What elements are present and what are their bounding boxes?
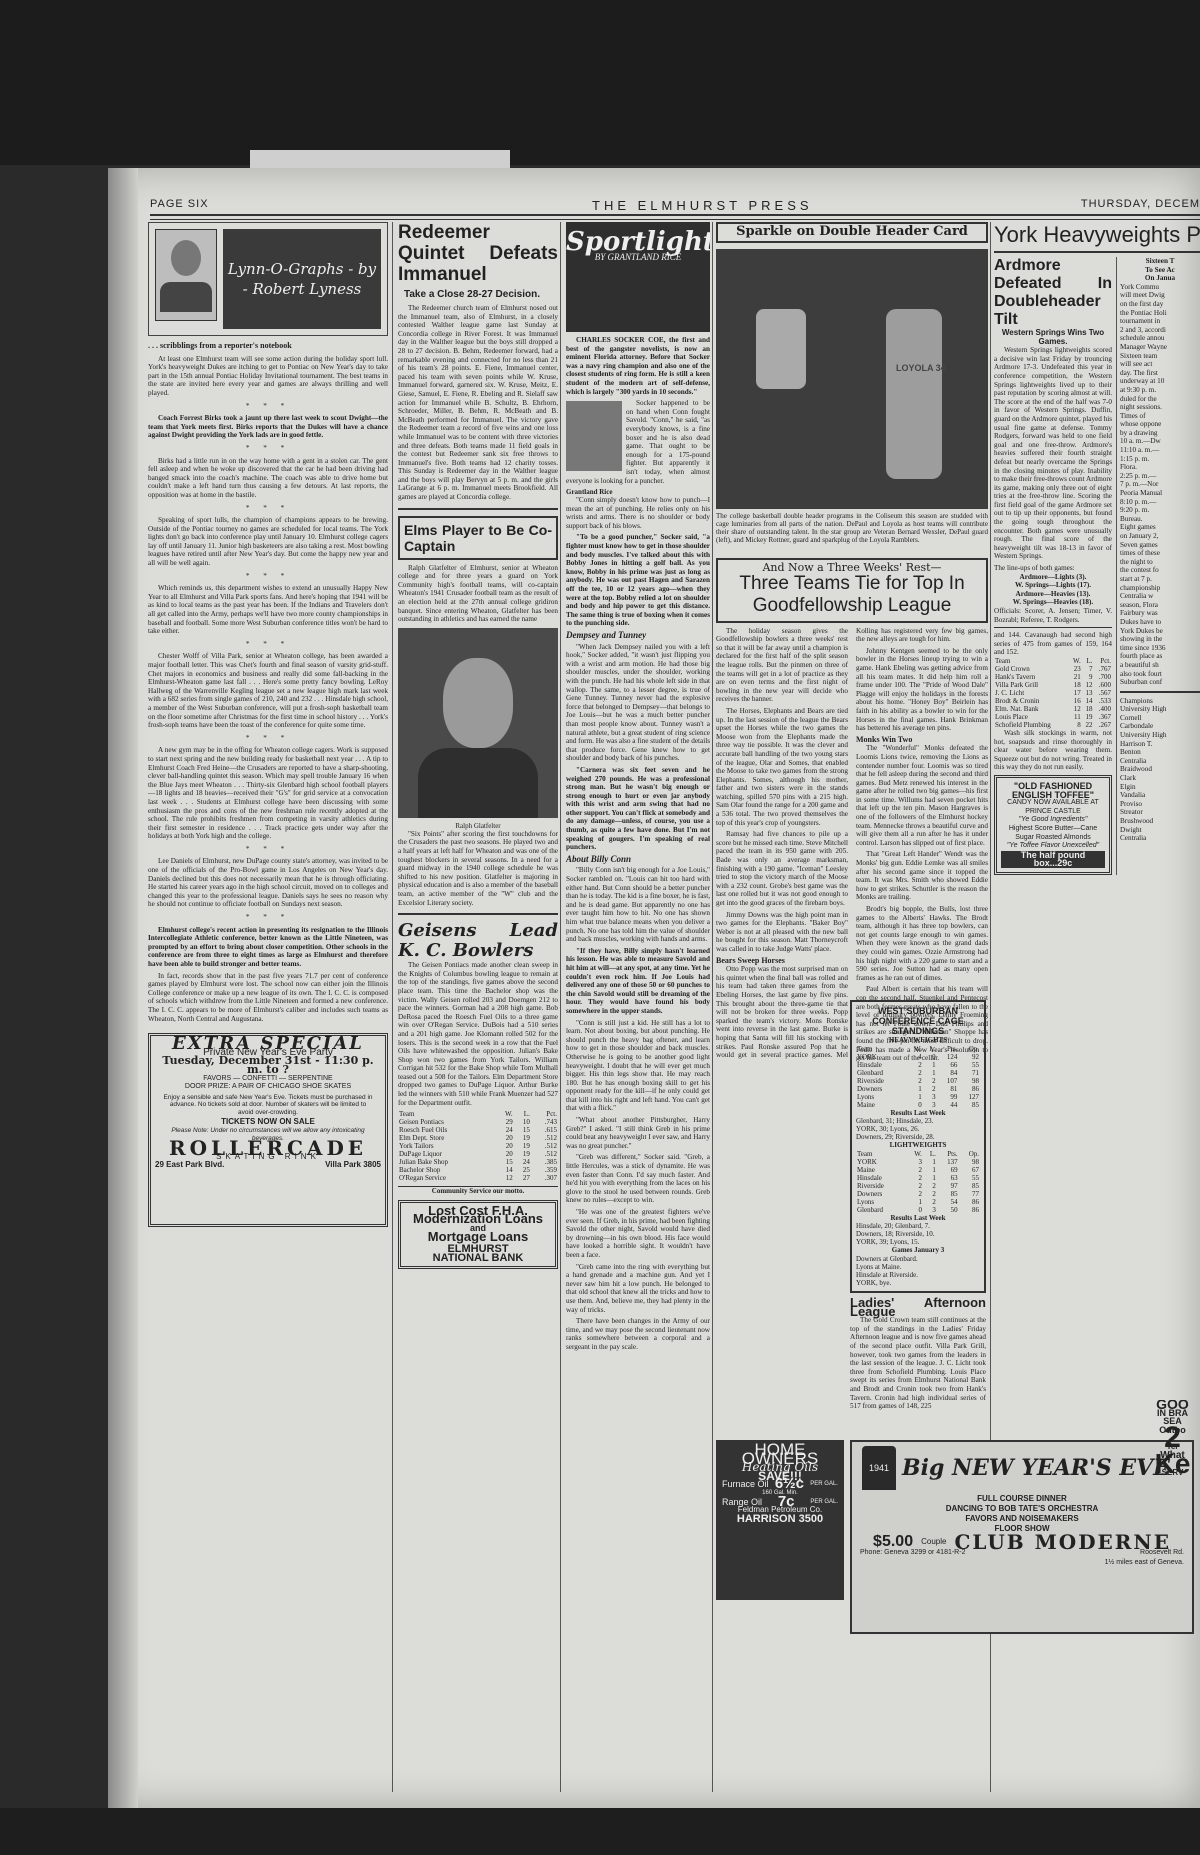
headline: Ladies' Afternoon League	[850, 1299, 986, 1316]
column-rule	[392, 222, 393, 1792]
subhead: Monks Win Two	[856, 736, 988, 745]
bank-slogan: Community Service our motto.	[398, 1186, 558, 1196]
headline: Three Teams Tie for Top In Goodfellowshi…	[722, 573, 982, 617]
article-body: Ralph Glatfelter of Elmhurst, senior at …	[398, 564, 558, 624]
top-hat-icon: 1941	[862, 1446, 896, 1490]
paragraph: Speaking of sport lulls, the champion of…	[148, 516, 388, 568]
kc-standings-table: TeamW.L.Pct. Geisen Pontiacs2910.743 Roe…	[398, 1110, 558, 1182]
subhead: Dempsey and Tunney	[566, 631, 710, 640]
club-logo: CLUB MODERNE	[954, 1538, 1171, 1547]
photo-caption: The college basketball double header pro…	[716, 512, 988, 544]
column-rule	[560, 222, 561, 1792]
paragraph: Lee Daniels of Elmhurst, new DuPage coun…	[148, 857, 388, 909]
rollercade-ad: EXTRA SPECIAL Private New Year's Eve Par…	[148, 1033, 388, 1227]
article-body: "What about another Pittsburgher, Harry …	[566, 1116, 710, 1150]
table-row: Downers128186	[856, 1085, 980, 1093]
table-row: Riverside2210798	[856, 1077, 980, 1085]
headline: Elms Player to Be Co-Captain	[404, 522, 552, 554]
paragraph: Birks had a little run in on the way hom…	[148, 457, 388, 500]
table-row: Hank's Tavern219.700	[994, 673, 1112, 681]
table-row: Elm Dept. Store2019.512	[398, 1134, 558, 1142]
dark-background-top	[0, 0, 1200, 165]
table-row: Julian Bake Shop1524.385	[398, 1158, 558, 1166]
article-body: "Conn simply doesn't know how to punch—I…	[566, 496, 710, 530]
paragraph: A new gym may be in the offing for Wheat…	[148, 746, 388, 841]
article-body: Johnny Kentgen seemed to be the only bow…	[856, 647, 988, 733]
paragraph: Chester Wolff of Villa Park, senior at W…	[148, 652, 388, 729]
club-moderne-ad: 1941 Big NEW YEAR'S EVE FULL COURSE DINN…	[850, 1440, 1194, 1634]
article-body: The "Wonderful" Monks defeated the Loomi…	[856, 744, 988, 847]
table-row: Brodt & Cronin1614.533	[994, 697, 1112, 705]
binding-spine	[108, 168, 138, 1808]
article-body: Ramsay had five chances to pile up a sco…	[716, 830, 848, 907]
tourney-article-fragment: Sixteen T To See Ac On Janua York Commu …	[1116, 257, 1200, 875]
deck: Western Springs Wins Two Games.	[994, 329, 1112, 346]
sportlight-logo: Sportlight BY GRANTLAND RICE	[566, 222, 710, 332]
table-row: DuPage Liquor2019.512	[398, 1150, 558, 1158]
article-body: "Conn is still just a kid. He still has …	[566, 1019, 710, 1114]
photo-caption: Grantland Rice	[566, 488, 710, 496]
paragraph: At least one Elmhurst team will see some…	[148, 355, 388, 398]
jersey-number: LOYOLA 34	[896, 364, 946, 373]
kicker: . . . scribblings from a reporter's note…	[148, 342, 388, 351]
article-body: CHARLES SOCKER COE, the first and best o…	[566, 336, 710, 396]
basketball-photo: LOYOLA 34	[716, 249, 988, 509]
standings-column: WEST SUBURBAN CONFERENCE CAGE STANDINGS …	[850, 1000, 986, 1440]
article-body: "Billy Conn isn't big enough for a Joe L…	[566, 866, 710, 943]
table-row: Downers228577	[856, 1190, 980, 1198]
article-body: The Gold Crown team still continues at t…	[850, 1316, 986, 1411]
table-row: Maine034485	[856, 1101, 980, 1109]
article-body: There have been changes in the Army of o…	[566, 1317, 710, 1351]
player-photo	[398, 628, 558, 818]
table-row: Louis Place1119.367	[994, 713, 1112, 721]
author-photo	[155, 229, 217, 321]
article-body: Western Springs lightweights scored a de…	[994, 346, 1112, 561]
table-row: Hinsdale216355	[856, 1174, 980, 1182]
masthead-rule	[150, 214, 1200, 220]
toffee-ad: "OLD FASHIONED ENGLISH TOFFEE" CANDY NOW…	[994, 775, 1112, 875]
article-body: Jimmy Downs was the high point man in tw…	[716, 911, 848, 954]
heavyweights-table: TeamW.L.Pts.Op. YORK4012492 Hinsdale2166…	[856, 1045, 980, 1109]
subhead: About Billy Conn	[566, 855, 710, 864]
article-body: Brodt's big bopple, the Bulls, lost thre…	[856, 905, 988, 982]
article-body: "He was one of the greatest fighters we'…	[566, 1208, 710, 1260]
masthead: PAGE SIX THE ELMHURST PRESS THURSDAY, DE…	[150, 198, 1200, 214]
table-row: Geisen Pontiacs2910.743	[398, 1118, 558, 1126]
headline: York Heavyweights Participate in Annual …	[994, 222, 1200, 253]
table-row: Glenbard035086	[856, 1206, 980, 1214]
table-row: Schofield Plumbing822.267	[994, 721, 1112, 729]
dark-background-bottom	[0, 1808, 1200, 1855]
redeemer-column: Redeemer Quintet Defeats Immanuel Take a…	[398, 222, 558, 1792]
kicker: And Now a Three Weeks' Rest—	[722, 564, 982, 573]
headline: Sparkle on Double Header Card	[716, 222, 988, 243]
article-body: The Redeemer church team of Elmhurst nos…	[398, 304, 558, 502]
standings-title: WEST SUBURBAN CONFERENCE CAGE STANDINGS	[856, 1006, 980, 1036]
headline: Geisens Lead K. C. Bowlers	[398, 921, 558, 961]
table-row: York Tailors2019.512	[398, 1142, 558, 1150]
household-tip: Wash silk stockings in warm, not hot, so…	[994, 729, 1112, 772]
article-body: "Greb came into the ring with everything…	[566, 1263, 710, 1315]
york-tourney-column: York Heavyweights Participate in Annual …	[994, 222, 1200, 1432]
column-banner: Lynn-O-Graphs - by - Robert Lyness	[223, 229, 381, 329]
issue-date: THURSDAY, DECEM	[1081, 198, 1200, 210]
headline: Ardmore Defeated In Doubleheader Tilt	[994, 257, 1112, 329]
photo-caption: Ralph Glatfelter	[398, 822, 558, 830]
table-row: Elm. Nat. Bank1218.400	[994, 705, 1112, 713]
paragraph: In fact, records show that in the past f…	[148, 972, 388, 1024]
paper-name: THE ELMHURST PRESS	[592, 198, 813, 213]
column-rule	[712, 222, 713, 1792]
author-photo	[566, 401, 622, 471]
table-row: Riverside229785	[856, 1182, 980, 1190]
article-body: "To be a good puncher," Socker said, "a …	[566, 533, 710, 628]
table-row: Roesch Fuel Oils2415.615	[398, 1126, 558, 1134]
article-body: The Horses, Elephants and Bears are tied…	[716, 707, 848, 827]
sparkle-photo-feature: Sparkle on Double Header Card LOYOLA 34 …	[716, 222, 988, 552]
home-owners-ad: HOME OWNERS Heating Oils SAVE!!! Furnace…	[716, 1440, 844, 1600]
table-row: Bachelor Shop1425.359	[398, 1166, 558, 1174]
article-body: "Carnera was six feet seven and he weigh…	[566, 766, 710, 852]
article-body: The Geisen Pontiacs made another clean s…	[398, 961, 558, 1107]
article-body: "Six Points" after scoring the first tou…	[398, 830, 558, 907]
paragraph: Which reminds us, this department wishes…	[148, 584, 388, 636]
table-row: Lyons125486	[856, 1198, 980, 1206]
table-row: J. C. Licht1713.567	[994, 689, 1112, 697]
deck: Take a Close 28-27 Decision.	[404, 289, 558, 300]
table-row: Gold Crown237.767	[994, 665, 1112, 673]
ladies-standings-table: TeamW.L.Pct. Gold Crown237.767 Hank's Ta…	[994, 657, 1112, 729]
column-header: Lynn-O-Graphs - by - Robert Lyness	[148, 222, 388, 336]
wsc-standings-box: WEST SUBURBAN CONFERENCE CAGE STANDINGS …	[850, 1000, 986, 1293]
elms-article: Elms Player to Be Co-Captain	[398, 516, 558, 560]
article-body: That "Great Left Hander" Wendt was the M…	[856, 850, 988, 902]
page-number: PAGE SIX	[150, 198, 209, 210]
table-row: YORK3113798	[856, 1158, 980, 1166]
table-row: O'Regan Service1227.307	[398, 1174, 558, 1182]
lynn-o-graphs-column: Lynn-O-Graphs - by - Robert Lyness . . .…	[148, 222, 388, 1792]
article-body: "Greb was different," Socker said. "Greb…	[566, 1153, 710, 1205]
article-body: "When Jack Dempsey nailed you with a lef…	[566, 643, 710, 763]
table-row: Lyons1399127	[856, 1093, 980, 1101]
subhead: Bears Sweep Horses	[716, 957, 848, 966]
table-row: YORK4012492	[856, 1053, 980, 1061]
lightweights-table: TeamW.L.Pts.Op. YORK3113798 Maine216967 …	[856, 1150, 980, 1214]
partial-ad-fragment: GOO IN BRA SEA Outbo 2 Ter What Ke SERV	[1145, 1400, 1200, 1630]
table-row: Maine216967	[856, 1166, 980, 1174]
paragraph: Coach Forrest Birks took a jaunt up ther…	[148, 414, 388, 440]
bank-ad: Lost Cost F.H.A. Modernization Loans and…	[398, 1200, 558, 1270]
table-row: Glenbard218471	[856, 1069, 980, 1077]
headline: Redeemer Quintet Defeats Immanuel	[398, 222, 558, 285]
sportlight-column: Sportlight BY GRANTLAND RICE CHARLES SOC…	[566, 222, 710, 1792]
table-row: Villa Park Grill1812.600	[994, 681, 1112, 689]
article-body: The holiday season gives the Goodfellows…	[716, 627, 848, 704]
article-body: "If they have, Billy simply hasn't learn…	[566, 947, 710, 1016]
paragraph: Elmhurst college's recent action in pres…	[148, 926, 388, 969]
table-row: Hinsdale216655	[856, 1061, 980, 1069]
